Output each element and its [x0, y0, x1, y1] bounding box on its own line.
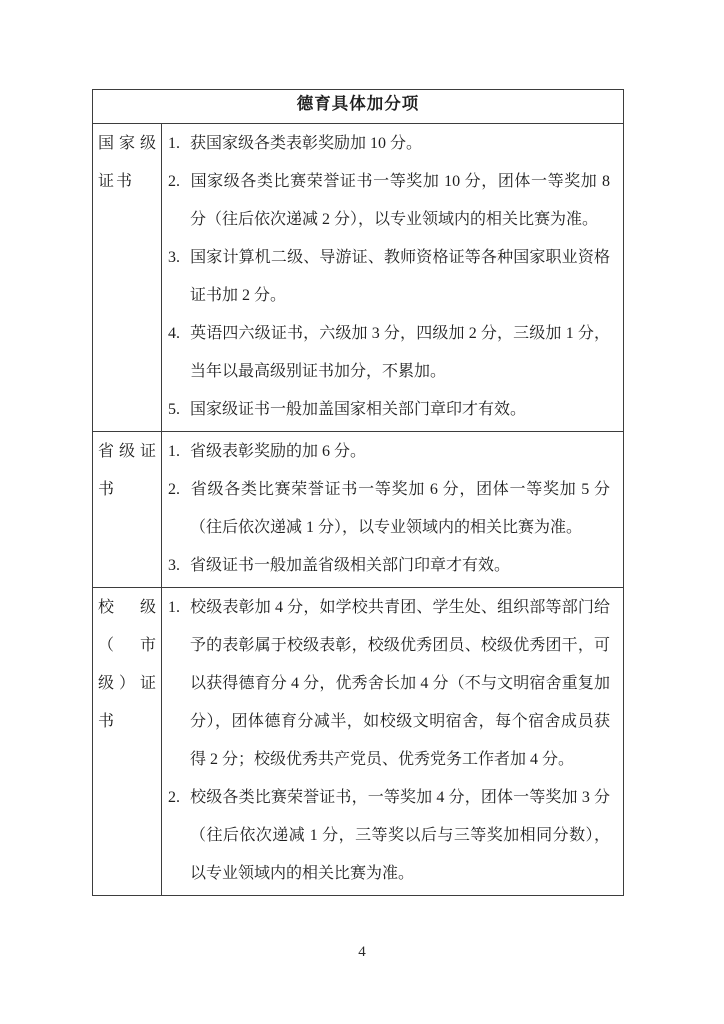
bonus-item: 3.国家计算机二级、导游证、教师资格证等各种国家职业资格证书加 2 分。: [168, 239, 610, 315]
item-text: 国家级各类比赛荣誉证书一等奖加 10 分，团体一等奖加 8 分（往后依次递减 2…: [190, 173, 610, 228]
certificate-level-label-line: 省级证: [98, 433, 156, 471]
certificate-level-label-line: 书: [98, 703, 156, 741]
item-text: 国家级证书一般加盖国家相关部门章印才有效。: [190, 401, 526, 418]
item-text: 省级各类比赛荣誉证书一等奖加 6 分，团体一等奖加 5 分（往后依次递减 1 分…: [190, 481, 610, 536]
bonus-items-cell-provincial: 1.省级表彰奖励的加 6 分。 2.省级各类比赛荣誉证书一等奖加 6 分，团体一…: [162, 432, 624, 588]
bonus-item: 2.校级各类比赛荣誉证书，一等奖加 4 分，团体一等奖加 3 分（往后依次递减 …: [168, 779, 610, 893]
item-text: 英语四六级证书，六级加 3 分，四级加 2 分，三级加 1 分，当年以最高级别证…: [190, 325, 610, 380]
certificate-level-label-line: 国家级: [98, 125, 156, 163]
certificate-level-label-line: 书: [98, 471, 156, 509]
bonus-item: 1.校级表彰加 4 分，如学校共青团、学生处、组织部等部门给予的表彰属于校级表彰…: [168, 589, 610, 779]
item-text: 省级证书一般加盖省级相关部门印章才有效。: [190, 557, 510, 574]
item-number: 5.: [168, 391, 190, 429]
item-number: 4.: [168, 315, 190, 353]
bonus-item: 5.国家级证书一般加盖国家相关部门章印才有效。: [168, 391, 610, 429]
certificate-level-cell-national: 国家级 证书: [93, 124, 162, 432]
item-text: 校级表彰加 4 分，如学校共青团、学生处、组织部等部门给予的表彰属于校级表彰，校…: [190, 599, 610, 768]
table-row-school: 校级 （市 级）证 书 1.校级表彰加 4 分，如学校共青团、学生处、组织部等部…: [93, 588, 624, 896]
bonus-item: 2.国家级各类比赛荣誉证书一等奖加 10 分，团体一等奖加 8 分（往后依次递减…: [168, 163, 610, 239]
item-number: 3.: [168, 239, 190, 277]
bonus-item: 1.省级表彰奖励的加 6 分。: [168, 433, 610, 471]
bonus-items-cell-school: 1.校级表彰加 4 分，如学校共青团、学生处、组织部等部门给予的表彰属于校级表彰…: [162, 588, 624, 896]
item-text: 省级表彰奖励的加 6 分。: [190, 443, 366, 460]
table-row-national: 国家级 证书 1.获国家级各类表彰奖励加 10 分。 2.国家级各类比赛荣誉证书…: [93, 124, 624, 432]
item-text: 国家计算机二级、导游证、教师资格证等各种国家职业资格证书加 2 分。: [190, 249, 610, 304]
item-number: 1.: [168, 589, 190, 627]
item-number: 2.: [168, 471, 190, 509]
bonus-item: 1.获国家级各类表彰奖励加 10 分。: [168, 125, 610, 163]
certificate-level-cell-school: 校级 （市 级）证 书: [93, 588, 162, 896]
bonus-item: 4.英语四六级证书，六级加 3 分，四级加 2 分，三级加 1 分，当年以最高级…: [168, 315, 610, 391]
item-number: 1.: [168, 433, 190, 471]
item-number: 2.: [168, 163, 190, 201]
table-header-row: 德育具体加分项: [93, 90, 624, 124]
document-page: 德育具体加分项 国家级 证书 1.获国家级各类表彰奖励加 10 分。 2.国家级…: [0, 0, 724, 1024]
certificate-level-label-line: 证书: [98, 163, 156, 201]
certificate-level-label-line: （市: [98, 627, 156, 665]
item-number: 1.: [168, 125, 190, 163]
item-text: 校级各类比赛荣誉证书，一等奖加 4 分，团体一等奖加 3 分（往后依次递减 1 …: [190, 789, 610, 882]
page-number: 4: [0, 944, 724, 961]
moral-education-bonus-table: 德育具体加分项 国家级 证书 1.获国家级各类表彰奖励加 10 分。 2.国家级…: [92, 89, 624, 896]
item-number: 2.: [168, 779, 190, 817]
bonus-item: 3.省级证书一般加盖省级相关部门印章才有效。: [168, 547, 610, 585]
certificate-level-cell-provincial: 省级证 书: [93, 432, 162, 588]
item-text: 获国家级各类表彰奖励加 10 分。: [190, 135, 422, 152]
bonus-items-cell-national: 1.获国家级各类表彰奖励加 10 分。 2.国家级各类比赛荣誉证书一等奖加 10…: [162, 124, 624, 432]
bonus-item: 2.省级各类比赛荣誉证书一等奖加 6 分，团体一等奖加 5 分（往后依次递减 1…: [168, 471, 610, 547]
certificate-level-label-line: 级）证: [98, 665, 156, 703]
certificate-level-label-line: 校级: [98, 589, 156, 627]
table-row-provincial: 省级证 书 1.省级表彰奖励的加 6 分。 2.省级各类比赛荣誉证书一等奖加 6…: [93, 432, 624, 588]
item-number: 3.: [168, 547, 190, 585]
table-title: 德育具体加分项: [93, 90, 624, 124]
